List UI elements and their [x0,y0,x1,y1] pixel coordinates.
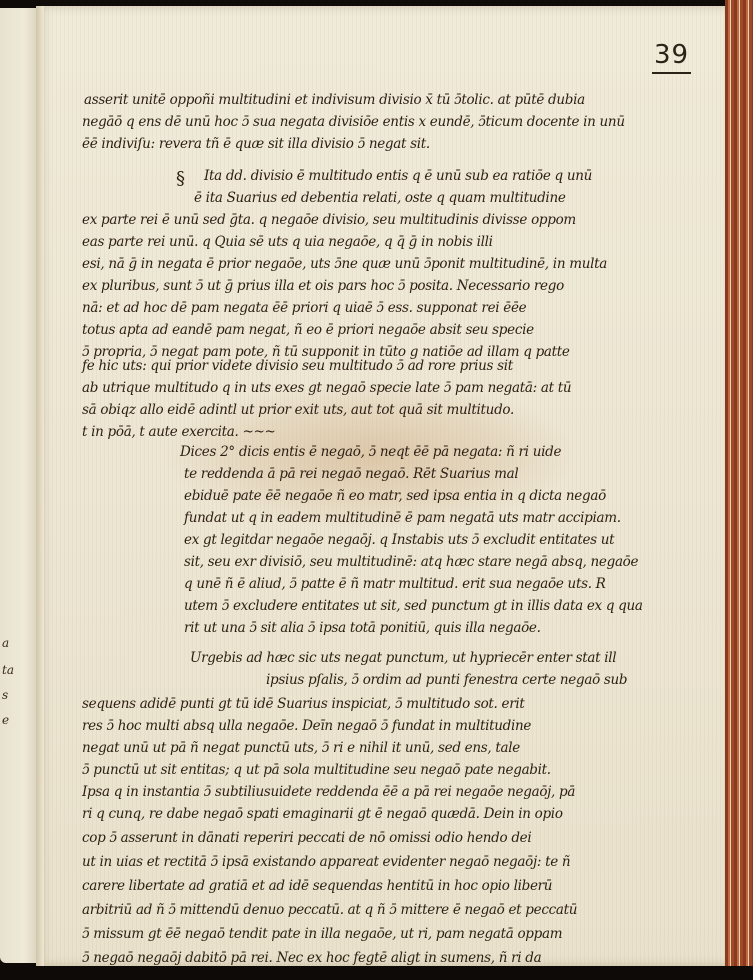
left-page-fragment: a [2,636,9,650]
left-page-fragment: s [2,688,8,702]
text-line: te reddenda ā pā rei negaō negaō. Rēt Su… [184,466,518,482]
text-line: fundat ut q in eadem multitudinē ē pam n… [184,510,621,526]
left-page-edge: a ta s e [0,8,40,963]
section-mark: § [176,168,185,189]
text-line: cop ɔ̄ asserunt in dānati reperiri pecca… [82,830,531,846]
text-line: ab utrique multitudo q in uts exes gt ne… [82,380,571,396]
text-line: ɔ̄ punctū ut sit entitas; q ut pā sola m… [82,762,551,778]
text-line: res ɔ̄ hoc multi absq ulla negaōe. Deīn … [82,718,531,734]
text-line: ex gt legitdar negaōe negaōj. q Instabis… [184,532,614,548]
text-line: rit ut una ɔ̄ sit alia ɔ̄ ipsa totā poni… [184,620,541,636]
text-line: ri q cunq, re dabe negaō spati emaginari… [82,806,563,822]
text-line: nā: et ad hoc dē pam negata ēē priori q … [82,300,526,316]
text-line: utem ɔ̄ excludere entitates ut sit, sed … [184,598,643,614]
text-line: ēē indiviſu: revera tñ ē quæ sit illa di… [82,136,430,152]
page-gutter [36,6,44,966]
text-line: ɔ̄ negaō negaōj dabitō pā rei. Nec ex ho… [82,950,541,966]
left-page-fragment: e [2,713,9,727]
text-line: ē ita Suarius ed debentia relati, oste q… [194,190,566,206]
text-line: Dices 2° dicis entis ē negaō, ɔ̄ neqt ēē… [180,444,561,460]
text-line: arbitriū ad ñ ɔ̄ mittendū denuo peccatū.… [82,902,577,918]
text-line: q unē ñ ē aliud, ɔ̄ patte ē ñ matr multi… [184,576,606,592]
text-line: negat unū ut pā ñ negat punctū uts, ɔ̄ r… [82,740,520,756]
text-line: ex pluribus, sunt ɔ̄ ut ḡ prius illa et … [82,278,564,294]
text-line: sequens adidē punti gt tū idē Suarius in… [82,696,525,712]
text-line: sā obiqz allo eidē adintl ut prior exit … [82,402,514,418]
text-line: ɔ̄ missum gt ēē negaō tendit pate in ill… [82,926,562,942]
text-line: ebiduē pate ēē negaōe ñ eo matr, sed ips… [184,488,606,504]
text-line: negāō q ens dē unū hoc ɔ̄ sua negata div… [82,114,625,130]
text-line: ipsius pſalis, ɔ̄ ordim ad punti fenestr… [266,672,627,688]
book-fore-edge [725,0,753,968]
text-line: Ipsa q in instantia ɔ̄ subtiliusuidete r… [82,784,575,800]
book-spread: a ta s e 39 § asserit unitē oppoñi multi… [0,0,753,980]
left-page-fragment: ta [2,663,14,677]
text-line: esi, nā ḡ in negata ē prior negaōe, uts … [82,256,607,272]
text-line: ut in uias et rectitā ɔ̄ ipsā existando … [82,854,570,870]
text-line: carere libertate ad gratiā et ad idē seq… [82,878,552,894]
text-line: Ita dd. divisio ē multitudo entis q ē un… [204,168,592,184]
text-line: fe hic uts: qui prior videte divisio seu… [82,358,513,374]
text-line: totus apta ad eandē pam negat, ñ eo ē pr… [82,322,534,338]
text-line: Urgebis ad hæc sic uts negat punctum, ut… [190,650,616,666]
text-line: eas parte rei unū. q Quia sē uts q uia n… [82,234,493,250]
text-line: sit, seu exr divisiō, seu multitudinē: a… [184,554,638,570]
bottom-shadow [0,966,753,980]
text-line: t in pōā, t aute exercita. ~~~ [82,424,276,440]
folio-number: 39 [652,40,691,74]
text-line: asserit unitē oppoñi multitudini et indi… [84,92,585,108]
text-line: ex parte rei ē unū sed ḡta. q negaōe div… [82,212,576,228]
